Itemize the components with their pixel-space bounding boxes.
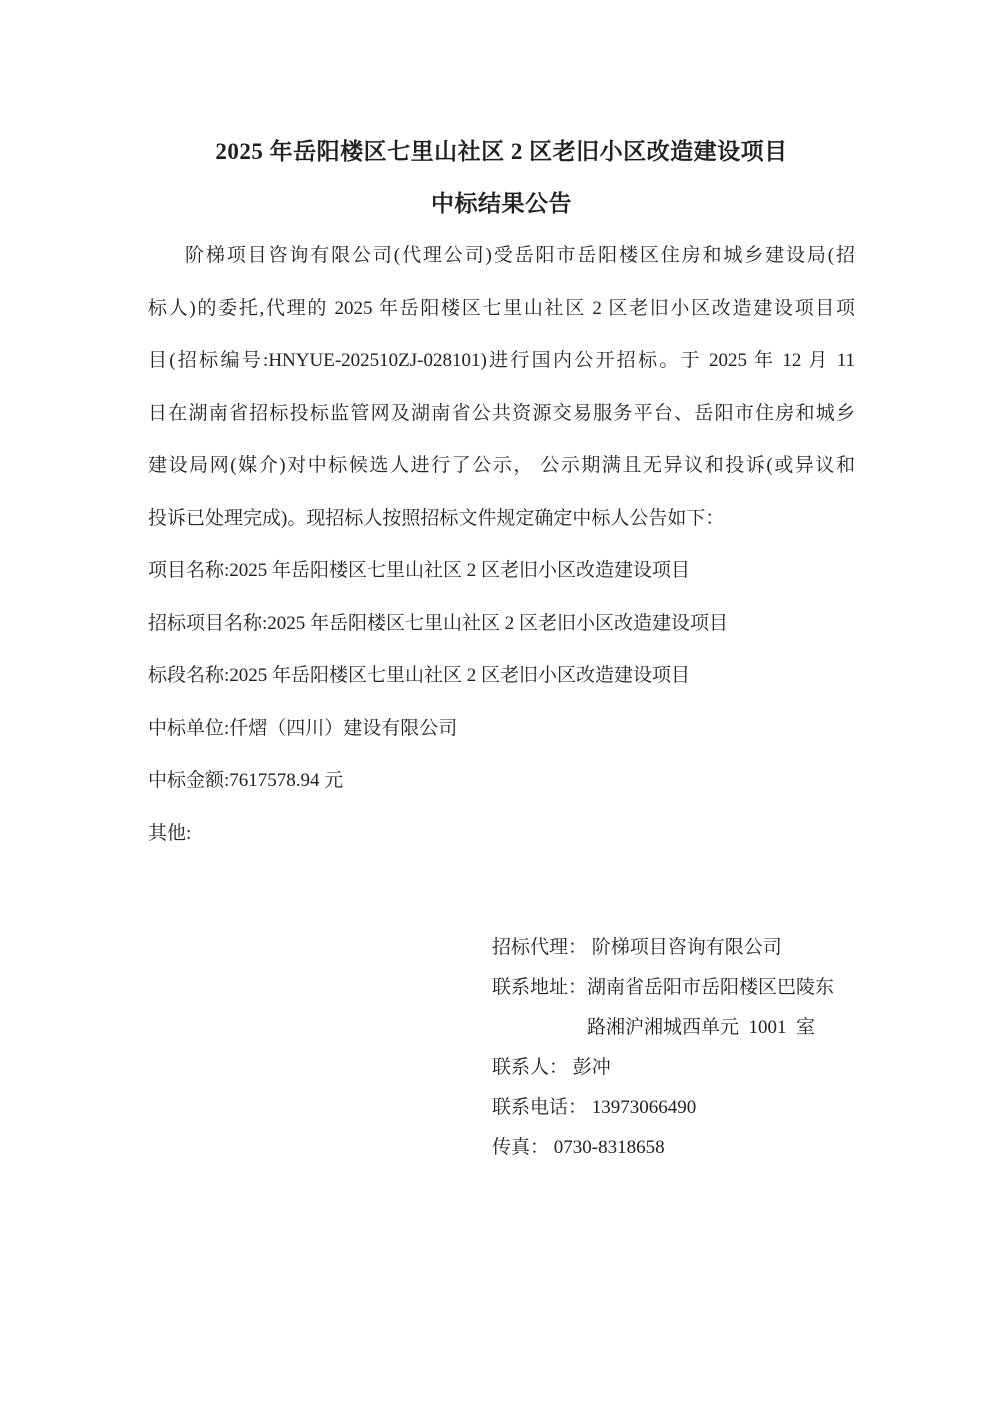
intro-line: 目(招标编号:HNYUE-202510ZJ-028101)进行国内公开招标。于 … <box>148 335 855 388</box>
signature-agent: 招标代理： 阶梯项目咨询有限公司 <box>492 928 855 968</box>
detail-line-tender-project-name: 招标项目名称:2025 年岳阳楼区七里山社区 2 区老旧小区改造建设项目 <box>148 598 855 651</box>
detail-line-other: 其他: <box>148 808 855 861</box>
intro-line: 标人)的委托,代理的 2025 年岳阳楼区七里山社区 2 区老旧小区改造建设项目… <box>148 283 855 336</box>
signature-fax: 传真： 0730-8318658 <box>492 1128 855 1168</box>
award-details: 项目名称:2025 年岳阳楼区七里山社区 2 区老旧小区改造建设项目 招标项目名… <box>148 545 855 860</box>
document-title-line2: 中标结果公告 <box>148 178 855 230</box>
intro-line: 日在湖南省招标投标监管网及湖南省公共资源交易服务平台、岳阳市住房和城乡 <box>148 388 855 441</box>
intro-line: 投诉已处理完成)。现招标人按照招标文件规定确定中标人公告如下： <box>148 493 855 546</box>
document-title-line1: 2025 年岳阳楼区七里山社区 2 区老旧小区改造建设项目 <box>148 126 855 178</box>
signature-phone: 联系电话： 13973066490 <box>492 1088 855 1128</box>
signature-block: 招标代理： 阶梯项目咨询有限公司 联系地址：湖南省岳阳市岳阳楼区巴陵东 路湘沪湘… <box>492 928 855 1168</box>
signature-contact-person: 联系人： 彭冲 <box>492 1048 855 1088</box>
signature-address-line2: 路湘沪湘城西单元 1001 室 <box>492 1008 855 1048</box>
intro-paragraph: 阶梯项目咨询有限公司(代理公司)受岳阳市岳阳楼区住房和城乡建设局(招 标人)的委… <box>148 230 855 545</box>
signature-address-line1: 联系地址：湖南省岳阳市岳阳楼区巴陵东 <box>492 968 855 1008</box>
detail-line-winning-bidder: 中标单位:仟熠（四川）建设有限公司 <box>148 703 855 756</box>
detail-line-section-name: 标段名称:2025 年岳阳楼区七里山社区 2 区老旧小区改造建设项目 <box>148 650 855 703</box>
intro-line: 建设局网(媒介)对中标候选人进行了公示， 公示期满且无异议和投诉(或异议和 <box>148 440 855 493</box>
announcement-page: 2025 年岳阳楼区七里山社区 2 区老旧小区改造建设项目 中标结果公告 阶梯项… <box>0 0 1000 1414</box>
detail-line-project-name: 项目名称:2025 年岳阳楼区七里山社区 2 区老旧小区改造建设项目 <box>148 545 855 598</box>
detail-line-winning-amount: 中标金额:7617578.94 元 <box>148 755 855 808</box>
intro-line: 阶梯项目咨询有限公司(代理公司)受岳阳市岳阳楼区住房和城乡建设局(招 <box>148 230 855 283</box>
